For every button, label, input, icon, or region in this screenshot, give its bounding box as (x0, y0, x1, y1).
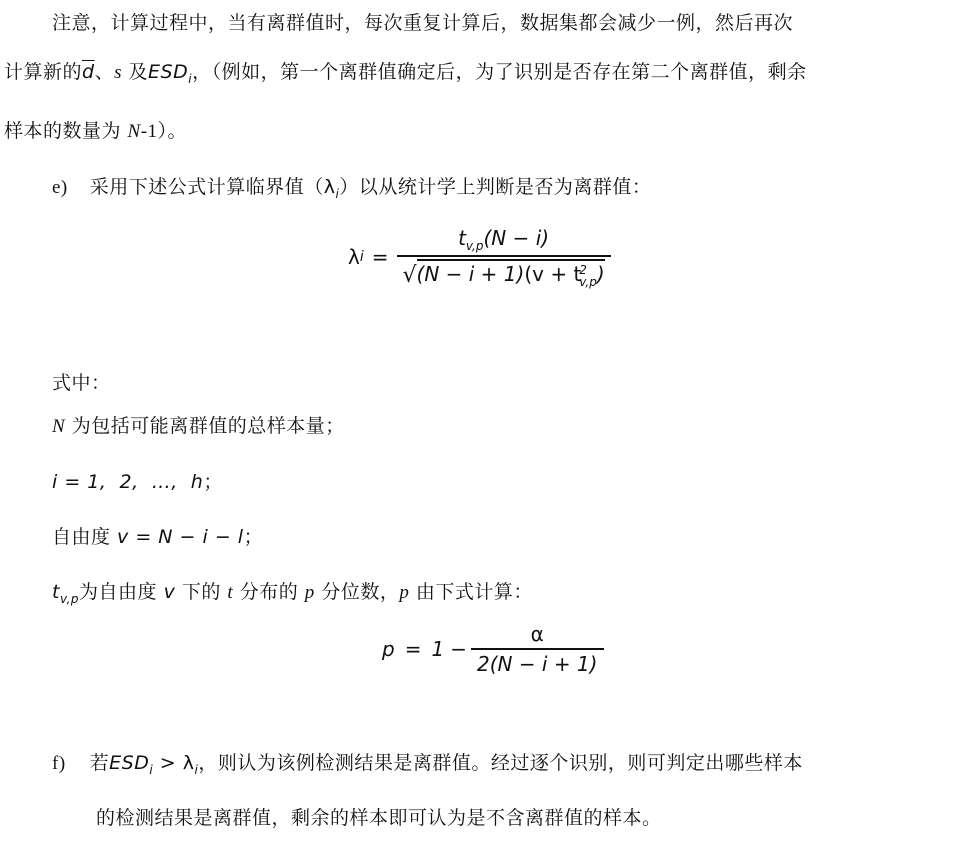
one: 1 (431, 637, 444, 661)
note-line-2: 计算新的d、s 及ESDi，（例如，第一个离群值确定后，为了识别是否存在第二个离… (4, 57, 807, 94)
lambda-symbol: λ (183, 752, 195, 774)
lambda-fraction: tv,p(N − i) √ (N − i + 1)(v + t2v,p) (397, 226, 611, 288)
list-marker: e) (52, 177, 68, 198)
list-marker: f) (52, 753, 66, 774)
denominator: 2(N − i + 1) (471, 650, 604, 676)
p-symbol: p (382, 637, 395, 661)
t-subscript: v,p (579, 276, 597, 288)
N-description: 为包括可能离群值的总样本量； (65, 415, 345, 437)
t-symbol: t (52, 581, 60, 603)
dof-formula: v = N − i − l (117, 526, 244, 548)
t-scripts: 2v,p (579, 264, 597, 288)
t-superscript: 2 (579, 264, 597, 276)
t-description: 下的 (175, 581, 227, 603)
note-text: 注意，计算过程中，当有离群值时，每次重复计算后，数据集都会减少一例，然后再次 (52, 12, 793, 34)
equals-sign: = (372, 245, 389, 269)
item-e: e)采用下述公式计算临界值（λi）以从统计学上判断是否为离群值： (52, 172, 651, 209)
numerator: tv,p(N − i) (452, 226, 555, 255)
item-text: 采用下述公式计算临界值（ (90, 176, 324, 198)
s-symbol: s (114, 62, 122, 83)
minus-sign: − (450, 637, 467, 661)
item-text: ）以从统计学上判断是否为离群值： (339, 176, 651, 198)
esd-symbol: ESD (148, 61, 188, 83)
p-formula: p = 1 − α 2(N − i + 1) (382, 622, 604, 676)
t-description: 为自由度 (79, 581, 164, 603)
denominator: √ (N − i + 1)(v + t2v,p) (397, 257, 611, 288)
radicand: (N − i + 1)(v + t2v,p) (417, 259, 605, 288)
N-symbol: N (52, 416, 65, 437)
note-text: 计算新的 (4, 61, 82, 83)
note-line-1: 注意，计算过程中，当有离群值时，每次重复计算后，数据集都会减少一例，然后再次 (52, 8, 793, 38)
lambda-formula: λi = tv,p(N − i) √ (N − i + 1)(v + t2v,p… (348, 226, 611, 288)
numerator-expression: (N − i) (483, 226, 549, 250)
equals-sign: = (405, 637, 422, 661)
note-text: 样本的数量为 (4, 120, 128, 142)
t-subscript: v,p (60, 592, 79, 606)
p-symbol: p (305, 582, 315, 603)
punctuation: ； (244, 526, 264, 548)
punctuation: ； (203, 471, 223, 493)
separator: 、 (95, 61, 115, 83)
where-label: 式中： (52, 368, 111, 398)
t-description: 分位数， (315, 581, 400, 603)
d-bar-symbol: d (82, 61, 95, 83)
t-symbol: t (458, 226, 466, 250)
note-text: 及 (122, 61, 148, 83)
dof-label: 自由度 (52, 526, 117, 548)
where-text: 式中： (52, 372, 111, 394)
greater-than: > (153, 752, 183, 774)
t-subscript: v,p (466, 239, 484, 253)
esd-symbol: ESD (109, 752, 149, 774)
t-description: 分布的 (233, 581, 305, 603)
alpha-symbol: α (525, 622, 550, 648)
where-t: tv,p为自由度 v 下的 t 分布的 p 分位数，p 由下式计算： (52, 577, 533, 614)
note-text: -1）。 (141, 121, 187, 142)
radicand-part1: (N − i + 1) (417, 262, 525, 286)
p-fraction: α 2(N − i + 1) (471, 622, 604, 676)
lambda-subscript: i (360, 249, 364, 265)
where-dof: 自由度 v = N − i − l； (52, 522, 263, 552)
close-paren: ) (597, 262, 605, 286)
item-text: ，则认为该例检测结果是离群值。经过逐个识别，则可判定出哪些样本 (198, 752, 803, 774)
N-symbol: N (128, 121, 141, 142)
item-text: 若 (90, 752, 110, 774)
t-description: 由下式计算： (409, 581, 533, 603)
lambda-symbol: λ (324, 176, 336, 198)
radicand-part2: (v + t (524, 262, 581, 286)
item-f-line-2: 的检测结果是离群值，剩余的样本即可认为是不含离群值的样本。 (96, 803, 662, 833)
item-text: 的检测结果是离群值，剩余的样本即可认为是不含离群值的样本。 (96, 807, 662, 829)
p-symbol: p (399, 582, 409, 603)
note-text: ，（例如，第一个离群值确定后，为了识别是否存在第二个离群值，剩余 (192, 61, 807, 83)
square-root: √ (N − i + 1)(v + t2v,p) (403, 259, 605, 288)
note-line-3: 样本的数量为 N-1）。 (4, 116, 187, 147)
where-i: i = 1, 2, …, h； (52, 467, 223, 497)
where-N: N 为包括可能离群值的总样本量； (52, 411, 345, 442)
i-definition: i = 1, 2, …, h (52, 471, 203, 493)
item-f-line-1: f)若ESDi > λi，则认为该例检测结果是离群值。经过逐个识别，则可判定出哪… (52, 748, 803, 785)
sqrt-sign: √ (403, 263, 417, 288)
lambda-symbol: λ (348, 245, 360, 269)
v-symbol: v (164, 581, 176, 603)
